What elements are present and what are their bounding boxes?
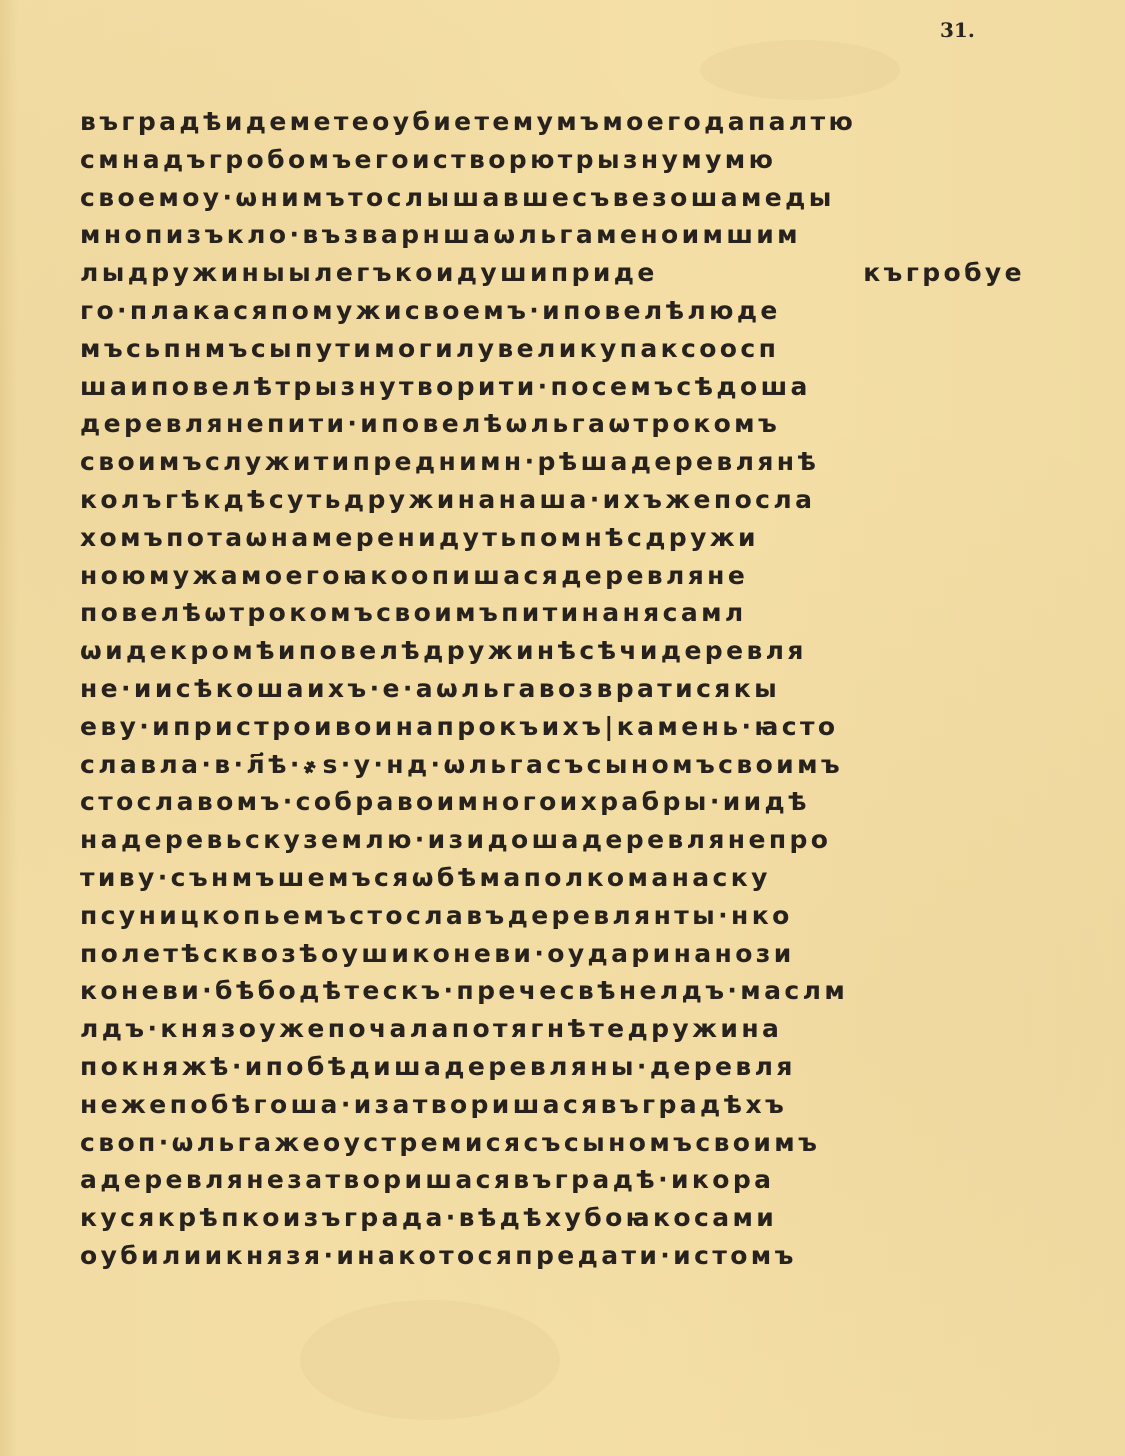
page-number: 31.: [940, 18, 975, 42]
paper-stain: [300, 1300, 560, 1420]
manuscript-line: мъсьпнмъсыпутимогилувеликупаксоосп: [80, 330, 1025, 368]
manuscript-line: стославомъ·собравоимногоихрабры·иидѣ: [80, 783, 1025, 821]
manuscript-line: адеревлянезатворишасявъградѣ·икора: [80, 1161, 1025, 1199]
manuscript-line: своп·ѡльгажеоустремисясъсыномъсвоимъ: [80, 1124, 1025, 1162]
manuscript-line: повелѣѡтрокомъсвоимъпитинанясамл: [80, 594, 1025, 632]
manuscript-line: хомъпотаѡнамеренидутьпомнѣсдружи: [80, 519, 1025, 557]
manuscript-line: коневи·бѣбодѣтескъ·пречесвѣнелдъ·маслм: [80, 972, 1025, 1010]
manuscript-line: въградѣидеметеоубиетемумъмоегодапалтю: [80, 103, 1025, 141]
paper-stain: [700, 40, 900, 100]
manuscript-line: ноюмужамоегоꙗкоопишасядеревляне: [80, 557, 1025, 595]
manuscript-line: своимъслужитипреднимн·рѣшадеревлянѣ: [80, 443, 1025, 481]
manuscript-line: шаиповелѣтрызнутворити·посемъсѣдоша: [80, 368, 1025, 406]
manuscript-line: колъгѣкдѣсутьдружинанаша·ихъжепосла: [80, 481, 1025, 519]
manuscript-text-block: въградѣидеметеоубиетемумъмоегодапалтюсмн…: [80, 103, 1025, 1275]
manuscript-line: ѡидекромѣиповелѣдружинѣсѣчидеревля: [80, 632, 1025, 670]
manuscript-line: не·иисѣкошаихъ·е·аѡльгавозвратисякы: [80, 670, 1025, 708]
manuscript-line: еву·ипристроивоинапрокъихъ|камень·ꙗсто: [80, 708, 1025, 746]
manuscript-line: лыдружиныылегъкоидушиприде къгробуе: [80, 254, 1025, 292]
manuscript-line: нежепобѣгоша·изатворишасявъградѣхъ: [80, 1086, 1025, 1124]
manuscript-line: покняжѣ·ипобѣдишадеревляны·деревля: [80, 1048, 1025, 1086]
manuscript-line: мнопизъкло·възварншаѡльгаменоимшим: [80, 216, 1025, 254]
manuscript-line: оубилиикнязя·инакотосяпредати·истомъ: [80, 1237, 1025, 1275]
manuscript-line: полетѣсквозѣоушиконеви·оударинанози: [80, 935, 1025, 973]
manuscript-line: тиву·сънмъшемъсяѡбѣмаполкоманаску: [80, 859, 1025, 897]
manuscript-line: псуницкопьемъстославъдеревлянты·нко: [80, 897, 1025, 935]
manuscript-line: го·плакасяпомужисвоемъ·иповелѣлюде: [80, 292, 1025, 330]
manuscript-line: надеревьскуземлю·изидошадеревлянепро: [80, 821, 1025, 859]
manuscript-line: кусякрѣпкоизъграда·вѣдѣхубоꙗкосами: [80, 1199, 1025, 1237]
manuscript-line: смнадъгробомъегоистворютрызнумумю: [80, 141, 1025, 179]
manuscript-line: деревлянепити·иповелѣѡльгаѡтрокомъ: [80, 405, 1025, 443]
manuscript-line: своемоу·ѡнимътослышавшесъвезошамеды: [80, 179, 1025, 217]
manuscript-line: славла·в·л҃ѣ·҂ѕ·у·нд·ѡльгасъсыномъсвоимъ: [80, 746, 1025, 784]
manuscript-line: лдъ·князоужепочалапотягнѣтедружина: [80, 1010, 1025, 1048]
